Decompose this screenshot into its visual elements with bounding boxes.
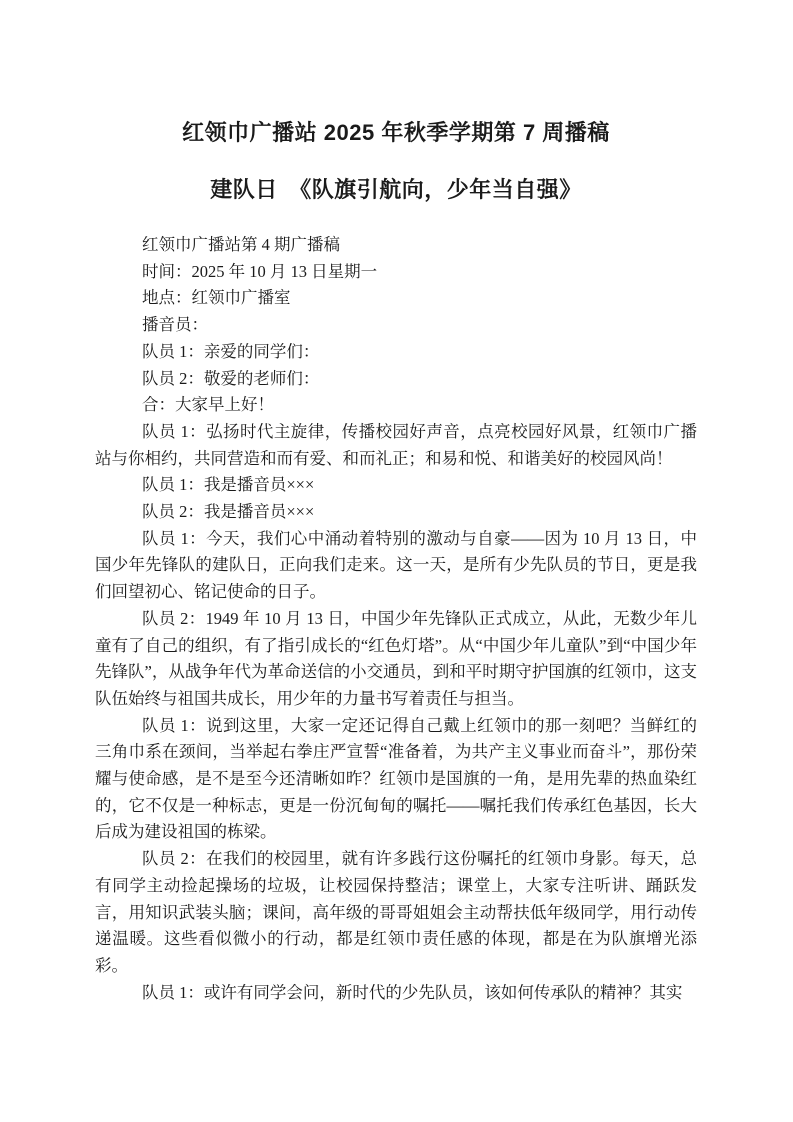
script-paragraph: 队员 2：我是播音员××× — [95, 499, 697, 526]
script-paragraph: 队员 1：弘扬时代主旋律，传播校园好声音，点亮校园好风景，红领巾广播站与你相约，… — [95, 419, 697, 472]
document-title: 红领巾广播站 2025 年秋季学期第 7 周播稿 — [95, 120, 697, 146]
script-paragraph: 时间：2025 年 10 月 13 日星期一 — [95, 259, 697, 286]
script-paragraph: 队员 1：我是播音员××× — [95, 472, 697, 499]
script-paragraph: 红领巾广播站第 4 期广播稿 — [95, 232, 697, 259]
script-paragraph: 地点：红领巾广播室 — [95, 285, 697, 312]
script-paragraph: 队员 1：今天，我们心中涌动着特别的激动与自豪——因为 10 月 13 日，中国… — [95, 526, 697, 606]
script-paragraph: 队员 2：1949 年 10 月 13 日，中国少年先锋队正式成立，从此，无数少… — [95, 606, 697, 713]
document-page: 红领巾广播站 2025 年秋季学期第 7 周播稿 建队日 《队旗引航向，少年当自… — [0, 0, 793, 1122]
script-paragraph: 队员 2：敬爱的老师们： — [95, 366, 697, 393]
script-paragraph: 队员 1：亲爱的同学们： — [95, 339, 697, 366]
document-subtitle: 建队日 《队旗引航向，少年当自强》 — [95, 177, 697, 203]
script-paragraph: 播音员： — [95, 312, 697, 339]
script-paragraph: 队员 1：或许有同学会问，新时代的少先队员，该如何传承队的精神？其实 — [95, 980, 697, 1007]
document-content: 红领巾广播站 2025 年秋季学期第 7 周播稿 建队日 《队旗引航向，少年当自… — [95, 120, 697, 1006]
script-paragraph: 合：大家早上好！ — [95, 392, 697, 419]
script-paragraph: 队员 2：在我们的校园里，就有许多践行这份嘱托的红领巾身影。每天，总有同学主动捡… — [95, 846, 697, 980]
script-paragraph: 队员 1：说到这里，大家一定还记得自己戴上红领巾的那一刻吧？当鲜红的三角巾系在颈… — [95, 713, 697, 847]
script-body: 红领巾广播站第 4 期广播稿时间：2025 年 10 月 13 日星期一地点：红… — [95, 232, 697, 1006]
